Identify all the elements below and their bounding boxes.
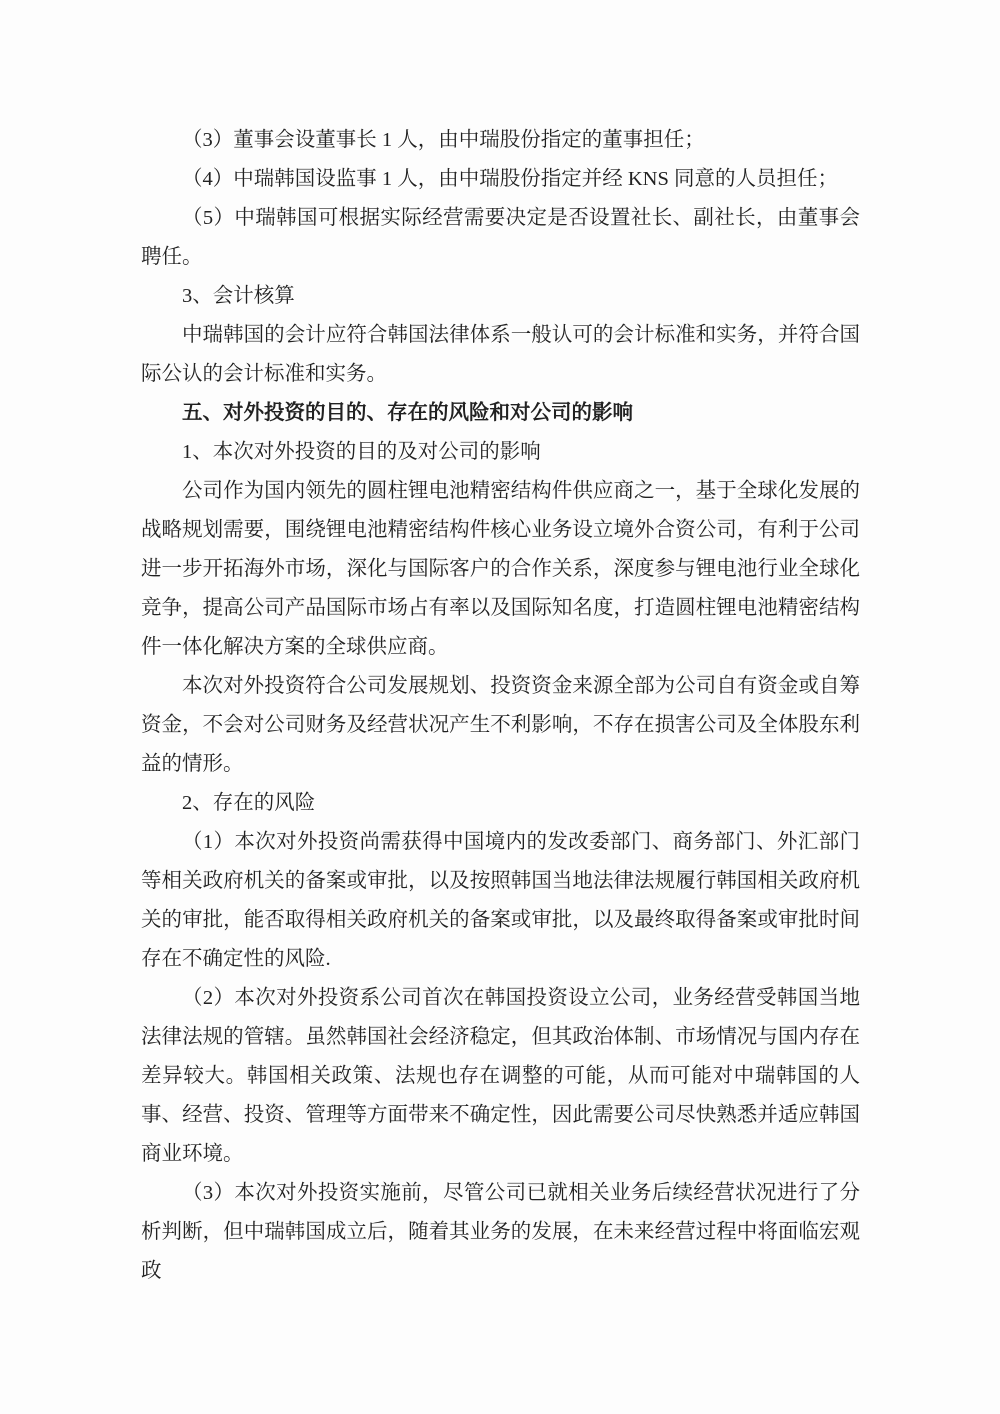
paragraph-accounting-standards: 中瑞韩国的会计应符合韩国法律体系一般认可的会计标准和实务，并符合国际公认的会计标…: [141, 316, 860, 394]
risk-item-3-future-operations: （3）本次对外投资实施前，尽管公司已就相关业务后续经营状况进行了分析判断，但中瑞…: [141, 1174, 860, 1291]
clause-item-4-supervisor: （4）中瑞韩国设监事 1 人，由中瑞股份指定并经 KNS 同意的人员担任；: [141, 160, 860, 199]
paragraph-funding-source: 本次对外投资符合公司发展规划、投资资金来源全部为公司自有资金或自筹资金，不会对公…: [141, 667, 860, 784]
section-heading-five: 五、对外投资的目的、存在的风险和对公司的影响: [141, 394, 860, 433]
document-page: （3）董事会设董事长 1 人，由中瑞股份指定的董事担任； （4）中瑞韩国设监事 …: [0, 0, 1000, 1414]
risk-item-2-korea-environment: （2）本次对外投资系公司首次在韩国投资设立公司，业务经营受韩国当地法律法规的管辖…: [141, 979, 860, 1174]
paragraph-investment-purpose: 公司作为国内领先的圆柱锂电池精密结构件供应商之一，基于全球化发展的战略规划需要，…: [141, 472, 860, 667]
risk-item-1-approvals: （1）本次对外投资尚需获得中国境内的发改委部门、商务部门、外汇部门等相关政府机关…: [141, 823, 860, 979]
clause-item-5-president: （5）中瑞韩国可根据实际经营需要决定是否设置社长、副社长，由董事会聘任。: [141, 199, 860, 277]
subheading-accounting: 3、会计核算: [141, 277, 860, 316]
clause-item-3-chairman: （3）董事会设董事长 1 人，由中瑞股份指定的董事担任；: [141, 121, 860, 160]
subheading-purpose-and-impact: 1、本次对外投资的目的及对公司的影响: [141, 433, 860, 472]
subheading-risks: 2、存在的风险: [141, 784, 860, 823]
document-body: （3）董事会设董事长 1 人，由中瑞股份指定的董事担任； （4）中瑞韩国设监事 …: [141, 121, 860, 1291]
